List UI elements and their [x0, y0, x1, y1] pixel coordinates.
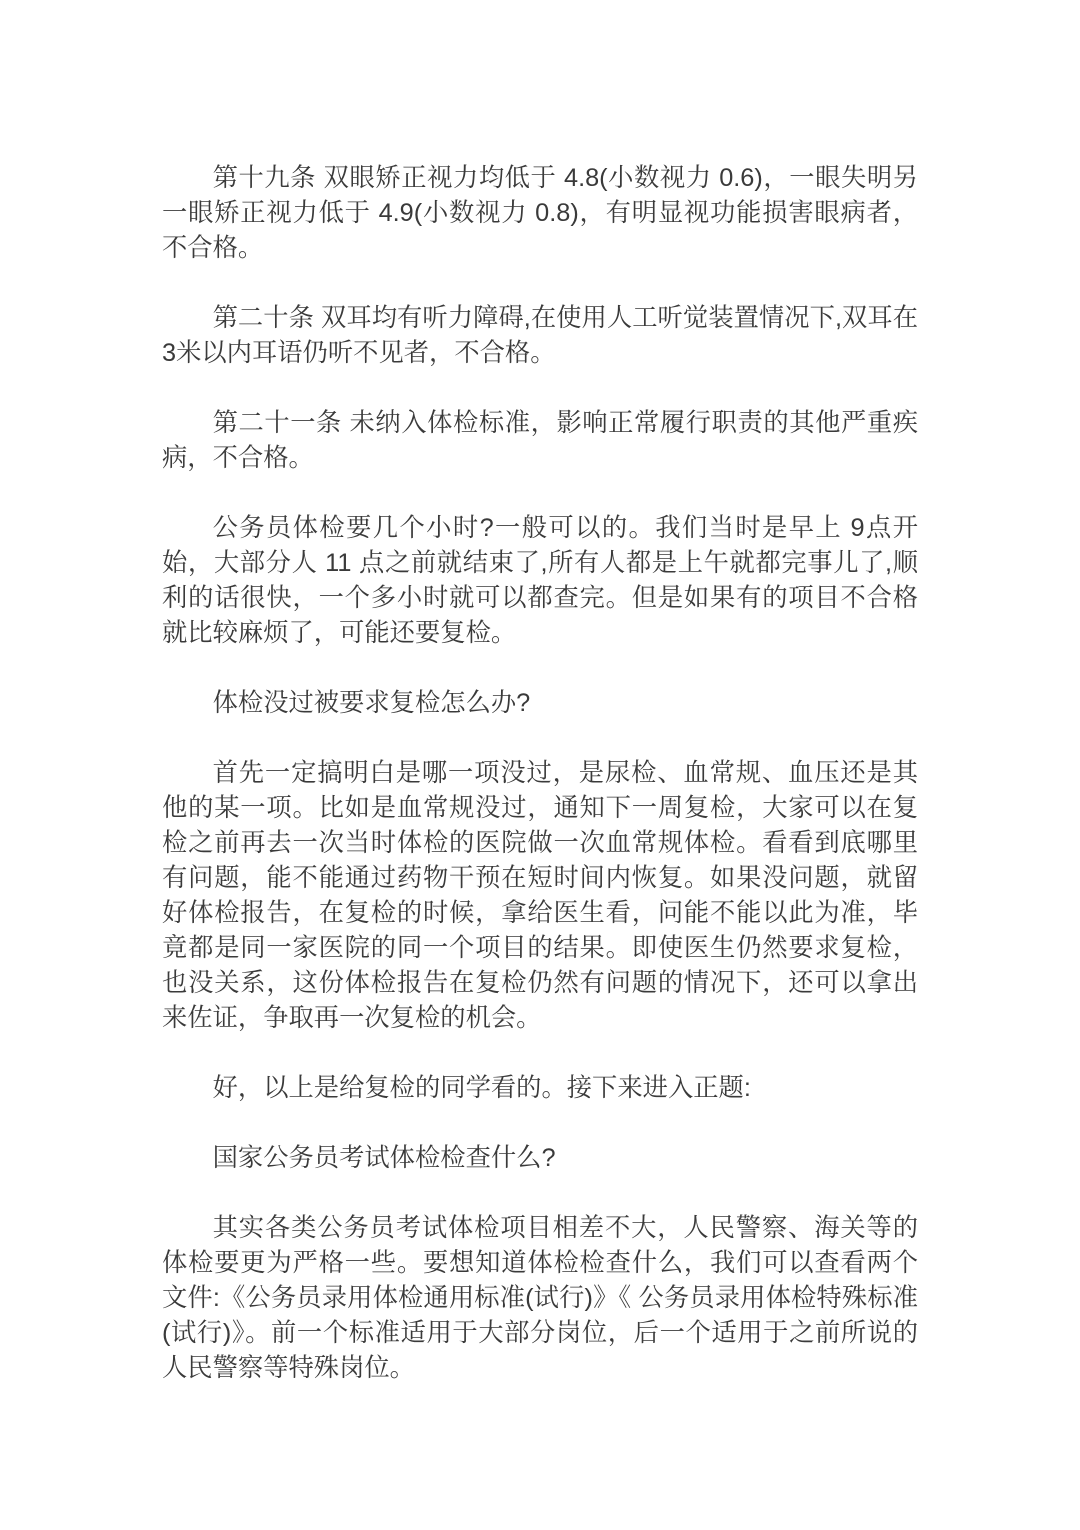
paragraph: 体检没过被要求复检怎么办? — [162, 686, 918, 721]
paragraph: 第二十一条 未纳入体检标准，影响正常履行职责的其他严重疾病，不合格。 — [162, 406, 918, 476]
paragraph: 国家公务员考试体检检查什么? — [162, 1141, 918, 1176]
paragraph: 公务员体检要几个小时?一般可以的。我们当时是早上 9点开始，大部分人 11 点之… — [162, 511, 918, 651]
paragraph: 其实各类公务员考试体检项目相差不大，人民警察、海关等的体检要更为严格一些。要想知… — [162, 1211, 918, 1386]
paragraph: 首先一定搞明白是哪一项没过，是尿检、血常规、血压还是其他的某一项。比如是血常规没… — [162, 756, 918, 1036]
paragraph: 好，以上是给复检的同学看的。接下来进入正题: — [162, 1071, 918, 1106]
paragraph: 第二十条 双耳均有听力障碍,在使用人工听觉装置情况下,双耳在 3米以内耳语仍听不… — [162, 301, 918, 371]
paragraph: 第十九条 双眼矫正视力均低于 4.8(小数视力 0.6)，一眼失明另一眼矫正视力… — [162, 161, 918, 266]
document-page: 第十九条 双眼矫正视力均低于 4.8(小数视力 0.6)，一眼失明另一眼矫正视力… — [162, 161, 918, 1386]
